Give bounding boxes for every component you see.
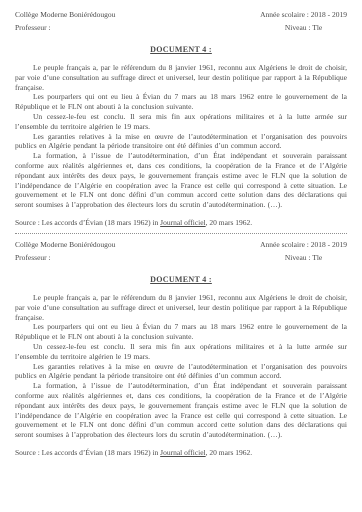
document-title: DOCUMENT 4 : (150, 45, 212, 54)
school-name: Collège Moderne Boniérédougou (15, 8, 115, 21)
document-header: Collège Moderne Boniérédougou Professeur… (15, 238, 347, 264)
paragraph: Un cessez-le-feu est conclu. Il sera mis… (15, 342, 347, 362)
document-copy-2: Collège Moderne Boniérédougou Professeur… (15, 238, 347, 458)
cut-line-separator (15, 233, 347, 234)
teacher-label: Professeur : (15, 21, 115, 34)
source-line: Source : Les accords d’Évian (18 mars 19… (15, 448, 347, 458)
paragraph: Le peuple français a, par le référendum … (15, 63, 347, 92)
source-line: Source : Les accords d’Évian (18 mars 19… (15, 218, 347, 228)
level-label: Niveau : Tle (260, 251, 347, 264)
paragraph: Un cessez-le-feu est conclu. Il sera mis… (15, 112, 347, 132)
journal-officiel-title: Journal officiel (160, 448, 205, 457)
header-left-block: Collège Moderne Boniérédougou Professeur… (15, 238, 115, 264)
paragraph: La formation, à l’issue de l’autodétermi… (15, 381, 347, 440)
teacher-label: Professeur : (15, 251, 115, 264)
paragraph: Les pourparlers qui ont eu lieu à Évian … (15, 92, 347, 112)
paragraph: Les garanties relatives à la mise en œuv… (15, 362, 347, 382)
source-prefix: Source : Les accords d’Évian (18 mars 19… (15, 448, 160, 457)
school-year-label: Année scolaire : 2018 - 2019 (260, 238, 347, 251)
source-suffix: , 20 mars 1962. (206, 218, 252, 227)
header-right-block: Année scolaire : 2018 - 2019 Niveau : Tl… (260, 8, 347, 34)
document-title-row: DOCUMENT 4 : (15, 39, 347, 57)
header-right-block: Année scolaire : 2018 - 2019 Niveau : Tl… (260, 238, 347, 264)
document-copy-1: Collège Moderne Boniérédougou Professeur… (15, 8, 347, 228)
school-year-label: Année scolaire : 2018 - 2019 (260, 8, 347, 21)
paragraph: Les pourparlers qui ont eu lieu à Évian … (15, 322, 347, 342)
level-label: Niveau : Tle (260, 21, 347, 34)
header-left-block: Collège Moderne Boniérédougou Professeur… (15, 8, 115, 34)
document-title: DOCUMENT 4 : (150, 275, 212, 284)
paragraph: La formation, à l’issue de l’autodétermi… (15, 151, 347, 210)
source-suffix: , 20 mars 1962. (206, 448, 252, 457)
document-title-row: DOCUMENT 4 : (15, 269, 347, 287)
source-prefix: Source : Les accords d’Évian (18 mars 19… (15, 218, 160, 227)
paragraph: Les garanties relatives à la mise en œuv… (15, 132, 347, 152)
scanned-exam-page: Collège Moderne Boniérédougou Professeur… (0, 0, 362, 512)
school-name: Collège Moderne Boniérédougou (15, 238, 115, 251)
document-header: Collège Moderne Boniérédougou Professeur… (15, 8, 347, 34)
paragraph: Le peuple français a, par le référendum … (15, 293, 347, 322)
journal-officiel-title: Journal officiel (160, 218, 205, 227)
